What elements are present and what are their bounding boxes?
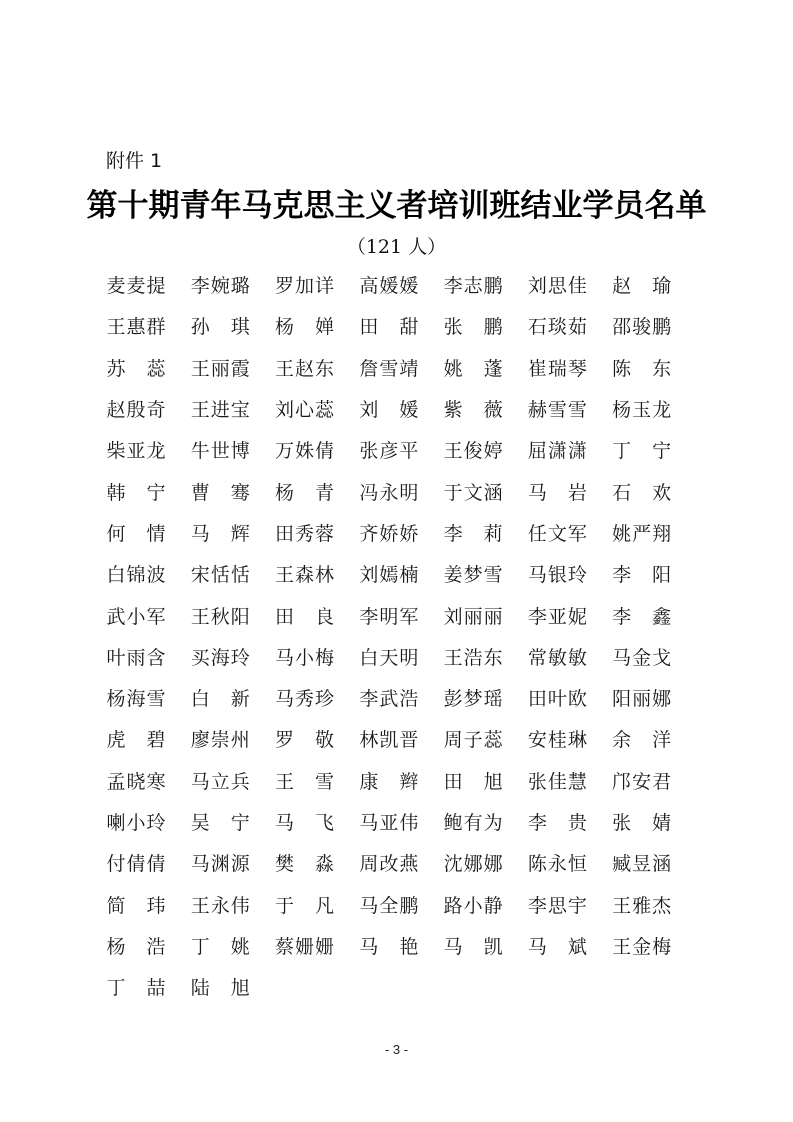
- student-name: 罗加详: [275, 271, 359, 298]
- student-name: 于文涵: [443, 478, 527, 505]
- student-name: 马亚伟: [359, 808, 443, 835]
- student-name: 牛世博: [190, 436, 274, 463]
- student-name: 刘丽丽: [443, 602, 527, 629]
- student-name: 鲍有为: [443, 808, 527, 835]
- student-name: 王赵东: [275, 354, 359, 381]
- student-name: 姚蓬: [443, 354, 527, 381]
- student-name: 李鑫: [612, 602, 696, 629]
- name-row: 简玮王永伟于凡马全鹏路小静李思宇王雅杰: [106, 883, 696, 924]
- student-name: 张佳慧: [527, 767, 611, 794]
- student-name: 王秋阳: [190, 602, 274, 629]
- student-name: 马凯: [443, 932, 527, 959]
- student-name: 孟晓寒: [106, 767, 190, 794]
- student-name: 马艳: [359, 932, 443, 959]
- student-name: 王进宝: [190, 395, 274, 422]
- student-name: 叶雨含: [106, 643, 190, 670]
- student-name: 马岩: [527, 478, 611, 505]
- student-name: 柴亚龙: [106, 436, 190, 463]
- name-row: 杨海雪白新马秀珍李武浩彭梦瑶田叶欧阳丽娜: [106, 677, 696, 718]
- student-name: 孙琪: [190, 312, 274, 339]
- student-name: 冯永明: [359, 478, 443, 505]
- student-name: 白锦波: [106, 560, 190, 587]
- student-name: 杨浩: [106, 932, 190, 959]
- student-name: 麦麦提: [106, 271, 190, 298]
- student-name: 张彦平: [359, 436, 443, 463]
- student-name: 安桂琳: [527, 725, 611, 752]
- student-name: 李亚妮: [527, 602, 611, 629]
- student-name: 马飞: [275, 808, 359, 835]
- student-name: 丁宁: [612, 436, 696, 463]
- student-name: 刘思佳: [527, 271, 611, 298]
- student-name: 马银玲: [527, 560, 611, 587]
- student-name: 马小梅: [275, 643, 359, 670]
- student-name: 曹骞: [190, 478, 274, 505]
- student-name: 李志鹏: [443, 271, 527, 298]
- name-row: 赵殷奇王进宝刘心蕊刘媛紫薇赫雪雪杨玉龙: [106, 388, 696, 429]
- student-name: 马金戈: [612, 643, 696, 670]
- student-name: 李阳: [612, 560, 696, 587]
- student-name: 邝安君: [612, 767, 696, 794]
- name-row: 杨浩丁姚蔡姗姗马艳马凯马斌王金梅: [106, 925, 696, 966]
- student-name: 喇小玲: [106, 808, 190, 835]
- student-name: 罗敬: [275, 725, 359, 752]
- student-name: 杨海雪: [106, 684, 190, 711]
- student-name: 石欢: [612, 478, 696, 505]
- name-row: 叶雨含买海玲马小梅白天明王浩东常敏敏马金戈: [106, 636, 696, 677]
- student-name: 于凡: [275, 891, 359, 918]
- student-name: 李武浩: [359, 684, 443, 711]
- student-name: 石琰茹: [527, 312, 611, 339]
- name-row: 喇小玲吴宁马飞马亚伟鲍有为李贵张婧: [106, 801, 696, 842]
- student-name: 余洋: [612, 725, 696, 752]
- student-name: 高媛媛: [359, 271, 443, 298]
- student-name: 刘媛: [359, 395, 443, 422]
- name-row: 虎碧廖崇州罗敬林凯晋周子蕊安桂琳余洋: [106, 718, 696, 759]
- student-name: 马立兵: [190, 767, 274, 794]
- student-name: 任文军: [527, 519, 611, 546]
- student-name: 王惠群: [106, 312, 190, 339]
- name-row: 苏蕊王丽霞王赵东詹雪靖姚蓬崔瑞琴陈东: [106, 347, 696, 388]
- participant-count: （121 人）: [0, 232, 793, 259]
- student-name: 买海玲: [190, 643, 274, 670]
- student-name: 周改燕: [359, 849, 443, 876]
- attachment-label: 附件 1: [106, 146, 162, 173]
- student-name: 屈潇潇: [527, 436, 611, 463]
- student-name: 崔瑞琴: [527, 354, 611, 381]
- name-row: 韩宁曹骞杨青冯永明于文涵马岩石欢: [106, 470, 696, 511]
- student-name: 付倩倩: [106, 849, 190, 876]
- student-name: 周子蕊: [443, 725, 527, 752]
- student-name: 马全鹏: [359, 891, 443, 918]
- student-name: 齐娇娇: [359, 519, 443, 546]
- student-name: 田叶欧: [527, 684, 611, 711]
- name-row: 付倩倩马渊源樊淼周改燕沈娜娜陈永恒臧昱涵: [106, 842, 696, 883]
- student-name: 陆旭: [190, 973, 274, 1000]
- student-name: 姚严翔: [612, 519, 696, 546]
- student-name: 阳丽娜: [612, 684, 696, 711]
- student-name: 杨青: [275, 478, 359, 505]
- student-name: 田秀蓉: [275, 519, 359, 546]
- student-name: 康辫: [359, 767, 443, 794]
- student-name: 李思宇: [527, 891, 611, 918]
- student-name: 田甜: [359, 312, 443, 339]
- student-name: 杨婵: [275, 312, 359, 339]
- student-name: 虎碧: [106, 725, 190, 752]
- student-name: 樊淼: [275, 849, 359, 876]
- student-name: 李明军: [359, 602, 443, 629]
- name-row: 麦麦提李婉璐罗加详高媛媛李志鹏刘思佳赵瑜: [106, 264, 696, 305]
- name-row: 柴亚龙牛世博万姝倩张彦平王俊婷屈潇潇丁宁: [106, 429, 696, 470]
- student-name: 王永伟: [190, 891, 274, 918]
- student-name: 邵骏鹏: [612, 312, 696, 339]
- student-name: 田旭: [443, 767, 527, 794]
- student-name: 廖崇州: [190, 725, 274, 752]
- student-name: 詹雪靖: [359, 354, 443, 381]
- name-row: 王惠群孙琪杨婵田甜张鹏石琰茹邵骏鹏: [106, 305, 696, 346]
- student-name: 常敏敏: [527, 643, 611, 670]
- student-name: 刘心蕊: [275, 395, 359, 422]
- student-name: 宋恬恬: [190, 560, 274, 587]
- name-row: 孟晓寒马立兵王雪康辫田旭张佳慧邝安君: [106, 760, 696, 801]
- student-name: 李贵: [527, 808, 611, 835]
- document-title: 第十期青年马克思主义者培训班结业学员名单: [0, 180, 793, 225]
- student-name: 杨玉龙: [612, 395, 696, 422]
- name-row: 丁喆陆旭: [106, 966, 696, 1007]
- student-name: 臧昱涵: [612, 849, 696, 876]
- student-name: 赵瑜: [612, 271, 696, 298]
- student-name: 白天明: [359, 643, 443, 670]
- student-name: 王金梅: [612, 932, 696, 959]
- student-name: 彭梦瑶: [443, 684, 527, 711]
- student-name: 赫雪雪: [527, 395, 611, 422]
- student-name: 白新: [190, 684, 274, 711]
- student-name: 王丽霞: [190, 354, 274, 381]
- student-name: 林凯晋: [359, 725, 443, 752]
- student-name: 万姝倩: [275, 436, 359, 463]
- student-name: 武小军: [106, 602, 190, 629]
- student-name: 王浩东: [443, 643, 527, 670]
- student-name: 马斌: [527, 932, 611, 959]
- student-name: 何情: [106, 519, 190, 546]
- student-name: 马渊源: [190, 849, 274, 876]
- name-row: 武小军王秋阳田良李明军刘丽丽李亚妮李鑫: [106, 594, 696, 635]
- student-name: 蔡姗姗: [275, 932, 359, 959]
- student-name: 丁喆: [106, 973, 190, 1000]
- student-name: 陈东: [612, 354, 696, 381]
- student-name: 韩宁: [106, 478, 190, 505]
- student-name: 沈娜娜: [443, 849, 527, 876]
- student-name: 马辉: [190, 519, 274, 546]
- student-name: 马秀珍: [275, 684, 359, 711]
- student-name: 田良: [275, 602, 359, 629]
- student-name: 路小静: [443, 891, 527, 918]
- page-number: - 3 -: [0, 1042, 793, 1057]
- student-name: 苏蕊: [106, 354, 190, 381]
- student-name: 李莉: [443, 519, 527, 546]
- student-name: 吴宁: [190, 808, 274, 835]
- student-name: 张婧: [612, 808, 696, 835]
- student-name: 王雪: [275, 767, 359, 794]
- student-name: 赵殷奇: [106, 395, 190, 422]
- student-name: 简玮: [106, 891, 190, 918]
- name-row: 何情马辉田秀蓉齐娇娇李莉任文军姚严翔: [106, 512, 696, 553]
- student-name: 张鹏: [443, 312, 527, 339]
- student-name: 刘嫣楠: [359, 560, 443, 587]
- student-name: 王雅杰: [612, 891, 696, 918]
- student-name: 王森林: [275, 560, 359, 587]
- names-list: 麦麦提李婉璐罗加详高媛媛李志鹏刘思佳赵瑜王惠群孙琪杨婵田甜张鹏石琰茹邵骏鹏苏蕊王…: [106, 264, 696, 1007]
- student-name: 紫薇: [443, 395, 527, 422]
- student-name: 丁姚: [190, 932, 274, 959]
- student-name: 陈永恒: [527, 849, 611, 876]
- name-row: 白锦波宋恬恬王森林刘嫣楠姜梦雪马银玲李阳: [106, 553, 696, 594]
- student-name: 姜梦雪: [443, 560, 527, 587]
- student-name: 王俊婷: [443, 436, 527, 463]
- student-name: 李婉璐: [190, 271, 274, 298]
